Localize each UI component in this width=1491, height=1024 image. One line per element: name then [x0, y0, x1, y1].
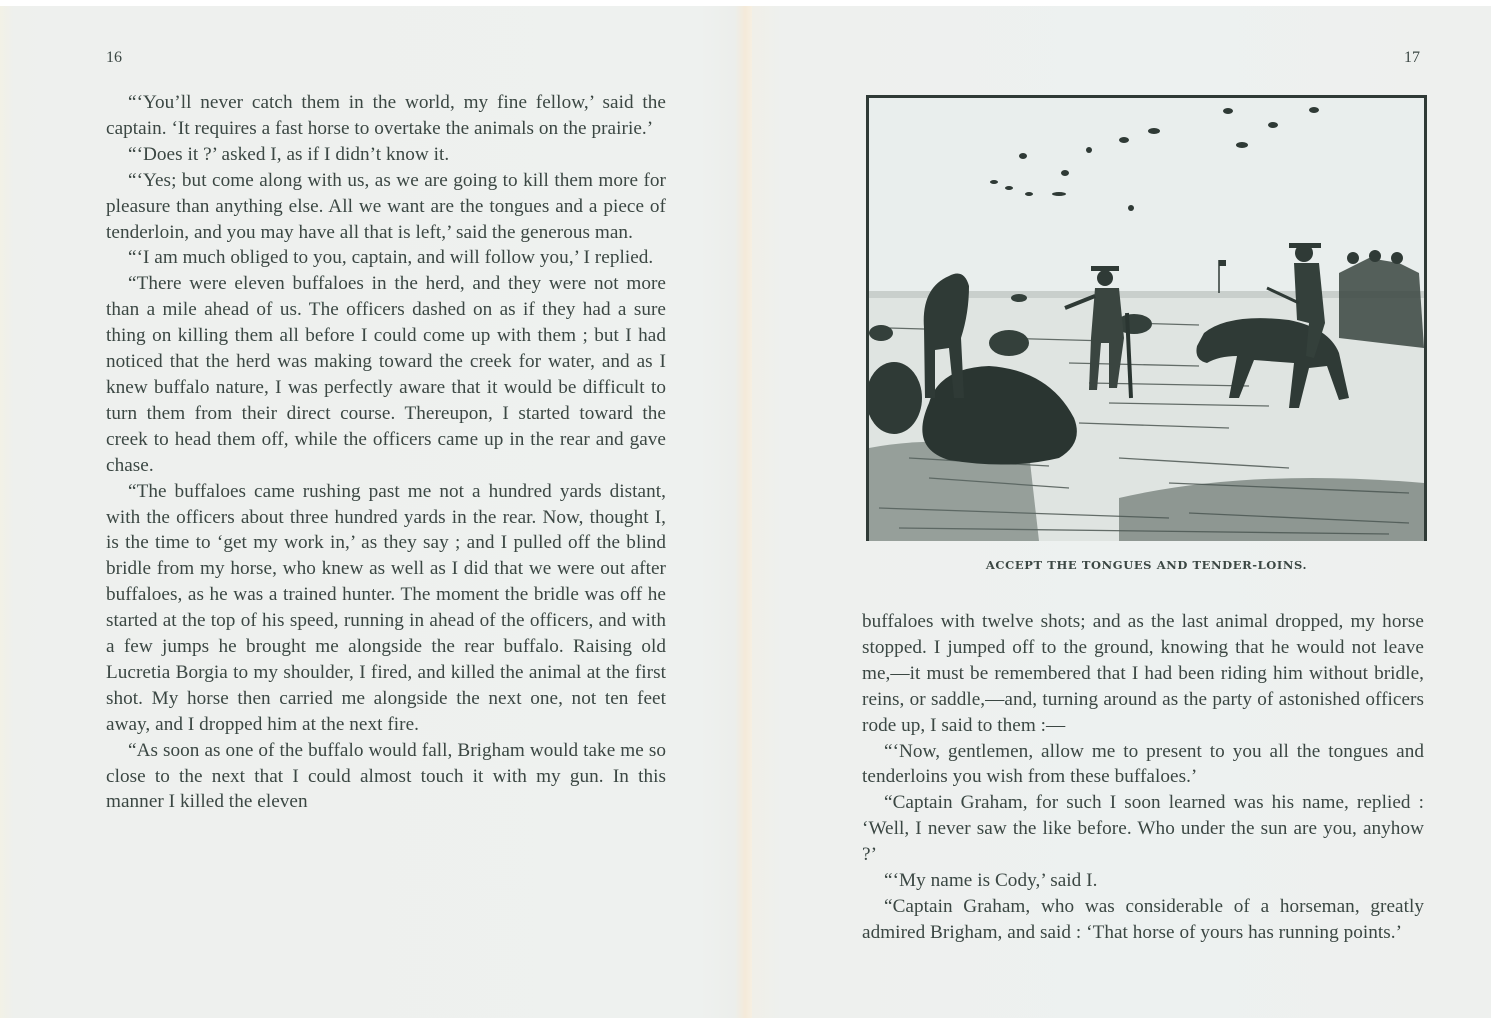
- book-spread: 16 “‘You’ll never catch them in the worl…: [0, 6, 1491, 1018]
- paragraph: “Captain Graham, for such I soon learned…: [862, 790, 1424, 868]
- paragraph: “As soon as one of the buffalo would fal…: [106, 738, 666, 816]
- left-page: 16 “‘You’ll never catch them in the worl…: [0, 6, 752, 1018]
- right-page: 17: [752, 6, 1491, 1018]
- paragraph: “‘Does it ?’ asked I, as if I didn’t kno…: [106, 142, 666, 168]
- paragraph: “‘My name is Cody,’ said I.: [862, 868, 1424, 894]
- engraving-illustration: [869, 98, 1424, 541]
- left-page-body: “‘You’ll never catch them in the world, …: [106, 90, 666, 815]
- paragraph: “‘Yes; but come along with us, as we are…: [106, 168, 666, 246]
- paragraph: “Captain Graham, who was considerable of…: [862, 894, 1424, 946]
- illustration-caption: ACCEPT THE TONGUES AND TENDER-LOINS.: [866, 558, 1427, 572]
- paragraph: “The buffaloes came rushing past me not …: [106, 479, 666, 738]
- paragraph: “‘Now, gentlemen, allow me to present to…: [862, 739, 1424, 791]
- page-number-left: 16: [106, 49, 122, 67]
- right-page-body: buffaloes with twelve shots; and as the …: [862, 609, 1424, 946]
- paragraph: “There were eleven buffaloes in the herd…: [106, 271, 666, 478]
- paragraph: “‘You’ll never catch them in the world, …: [106, 90, 666, 142]
- page-number-right: 17: [1404, 49, 1420, 67]
- paragraph: “‘I am much obliged to you, captain, and…: [106, 245, 666, 271]
- illustration: [866, 95, 1427, 541]
- continuation-paragraph: buffaloes with twelve shots; and as the …: [862, 609, 1424, 739]
